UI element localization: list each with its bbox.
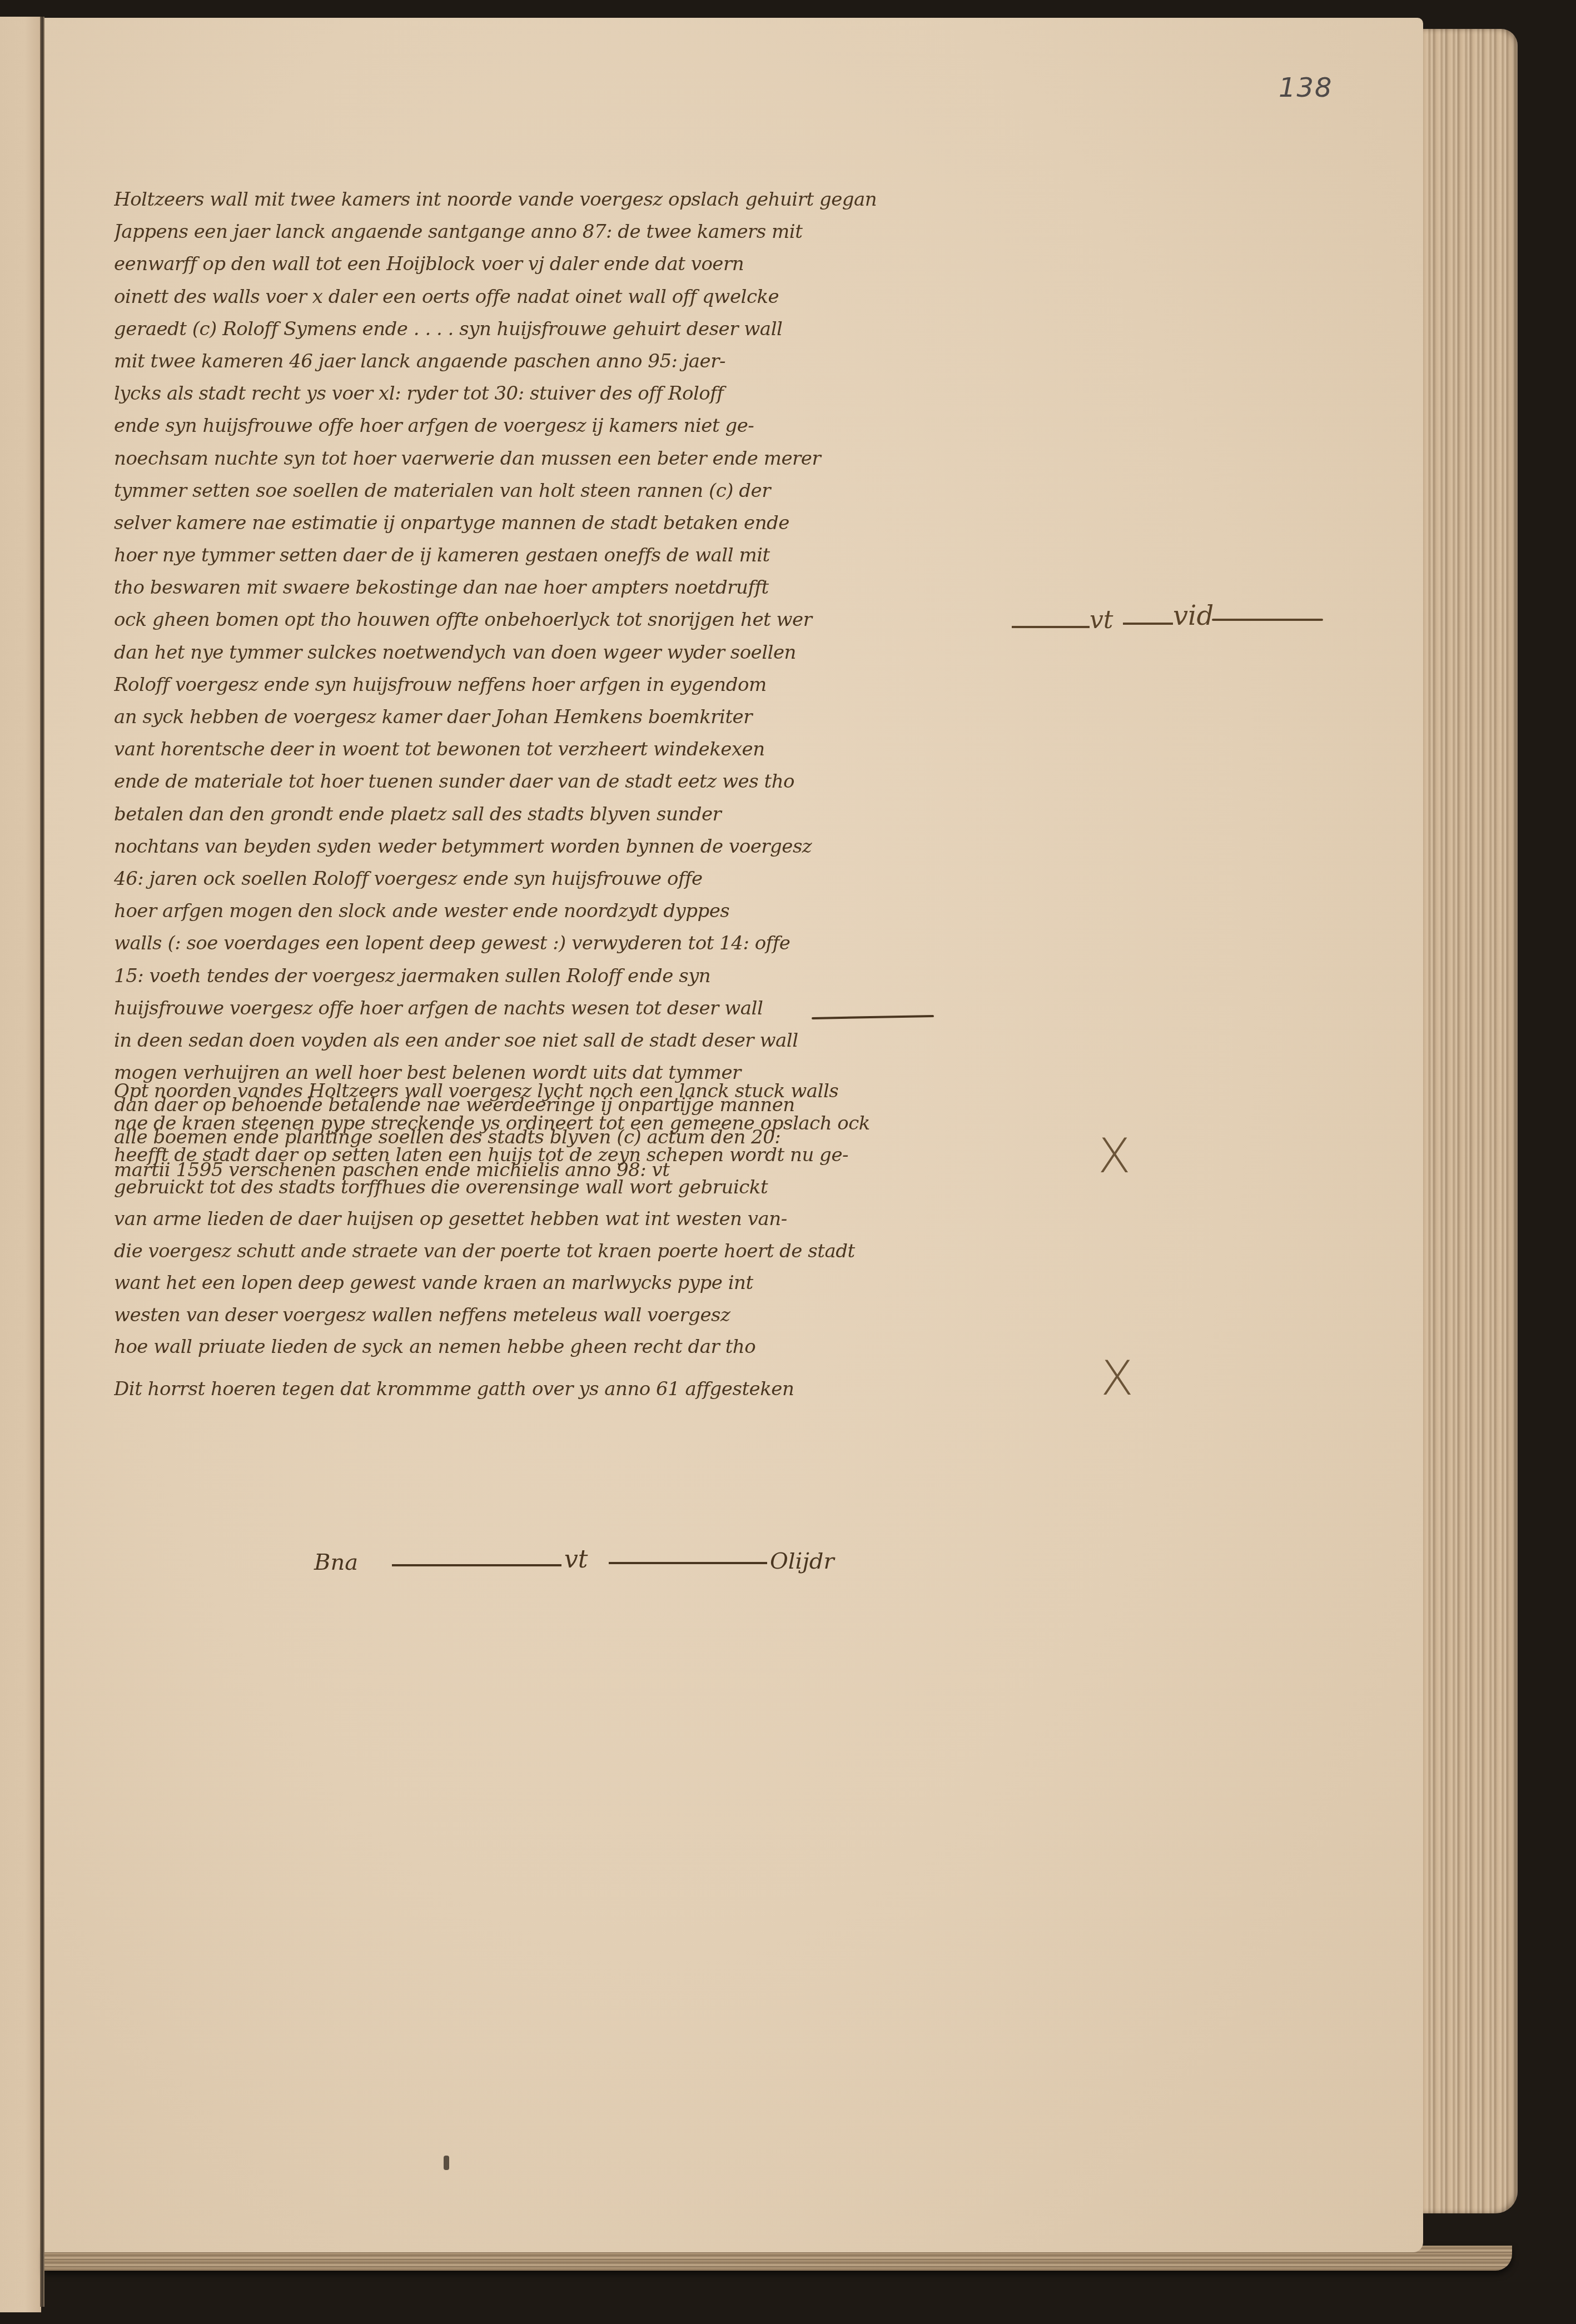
text-line: lycks als stadt recht ys voer xl: ryder … bbox=[114, 377, 942, 410]
cross-mark-icon: X bbox=[1098, 1128, 1131, 1184]
text-line: want het een lopen deep gewest vande kra… bbox=[114, 1267, 942, 1300]
signature-rule bbox=[609, 1562, 767, 1564]
verso-page-edge bbox=[0, 17, 41, 2312]
text-line: vant horentsche deer in woent tot bewone… bbox=[114, 733, 942, 765]
text-line: 46: jaren ock soellen Roloff voergesz en… bbox=[114, 863, 942, 895]
text-line: 15: voeth tendes der voergesz jaermaken … bbox=[114, 960, 942, 992]
text-line: van arme lieden de daer huijsen op geset… bbox=[114, 1203, 942, 1236]
folio-number: 138 bbox=[1279, 72, 1333, 103]
text-line: walls (: soe voerdages een lopent deep g… bbox=[114, 927, 942, 959]
text-line: Opt noorden vandes Holtzeers wall voerge… bbox=[114, 1076, 942, 1108]
paragraph-3: Dit horrst hoeren tegen dat krommme gatt… bbox=[114, 1373, 948, 1405]
margin-note-text: vid bbox=[1173, 600, 1214, 631]
page-edges-fore-edge bbox=[1412, 29, 1518, 2213]
text-line: Jappens een jaer lanck angaende santgang… bbox=[114, 216, 942, 248]
text-line: Dit horrst hoeren tegen dat krommme gatt… bbox=[114, 1373, 948, 1405]
text-line: eenwarff op den wall tot een Hoijblock v… bbox=[114, 248, 942, 280]
text-line: dan het nye tymmer sulckes noetwendych v… bbox=[114, 636, 942, 669]
signature-middle: vt bbox=[564, 1545, 588, 1574]
margin-note-vt-vid: vt vid bbox=[1012, 600, 1323, 645]
text-line: oinett des walls voer x daler een oerts … bbox=[114, 281, 942, 313]
text-line: die voergesz schutt ande straete van der… bbox=[114, 1236, 942, 1268]
text-line: tymmer setten soe soellen de materialen … bbox=[114, 475, 942, 507]
paper-speck bbox=[444, 2156, 449, 2170]
text-line: ock gheen bomen opt tho houwen offte onb… bbox=[114, 604, 942, 636]
signature-line: Bna vt Olijdr bbox=[314, 1545, 848, 1590]
text-line: westen van deser voergesz wallen neffens… bbox=[114, 1300, 942, 1332]
paragraph-2: Opt noorden vandes Holtzeers wall voerge… bbox=[114, 1076, 942, 1363]
signature-left: Bna bbox=[314, 1550, 358, 1575]
text-line: hoer nye tymmer setten daer de ij kamere… bbox=[114, 539, 942, 571]
cross-mark-icon: X bbox=[1101, 1351, 1133, 1406]
paragraph-1: Holtzeers wall mit twee kamers int noord… bbox=[114, 183, 942, 1186]
text-line: ende syn huijsfrouwe offe hoer arfgen de… bbox=[114, 410, 942, 442]
text-line: selver kamere nae estimatie ij onpartyge… bbox=[114, 507, 942, 539]
text-line: Roloff voergesz ende syn huijsfrouw neff… bbox=[114, 669, 942, 701]
text-line: in deen sedan doen voyden als een ander … bbox=[114, 1024, 942, 1057]
text-line: betalen dan den grondt ende plaetz sall … bbox=[114, 798, 942, 830]
text-line: heefft de stadt daer op setten laten een… bbox=[114, 1139, 942, 1172]
text-line: nochtans van beyden syden weder betymmer… bbox=[114, 830, 942, 863]
text-line: noechsam nuchte syn tot hoer vaerwerie d… bbox=[114, 442, 942, 475]
signature-rule bbox=[392, 1564, 561, 1566]
text-line: gebruickt tot des stadts torffhues die o… bbox=[114, 1172, 942, 1204]
signature-right: Olijdr bbox=[770, 1549, 834, 1574]
margin-rule bbox=[1012, 626, 1090, 628]
text-line: Holtzeers wall mit twee kamers int noord… bbox=[114, 183, 942, 216]
text-line: hoer arfgen mogen den slock ande wester … bbox=[114, 895, 942, 927]
text-line: ende de materiale tot hoer tuenen sunder… bbox=[114, 765, 942, 798]
text-line: nae de kraen steenen pype streckende ys … bbox=[114, 1108, 942, 1140]
text-line: an syck hebben de voergesz kamer daer Jo… bbox=[114, 701, 942, 733]
margin-note-text: vt bbox=[1090, 606, 1113, 634]
text-line: hoe wall priuate lieden de syck an nemen… bbox=[114, 1331, 942, 1363]
binding-gutter bbox=[40, 17, 44, 2307]
text-line: tho beswaren mit swaere bekostinge dan n… bbox=[114, 571, 942, 604]
margin-rule bbox=[1123, 623, 1173, 625]
margin-rule bbox=[1212, 619, 1323, 621]
text-line: geraedt (c) Roloff Symens ende . . . . s… bbox=[114, 313, 942, 345]
text-line: mit twee kameren 46 jaer lanck angaende … bbox=[114, 345, 942, 377]
text-line: huijsfrouwe voergesz offe hoer arfgen de… bbox=[114, 992, 942, 1024]
